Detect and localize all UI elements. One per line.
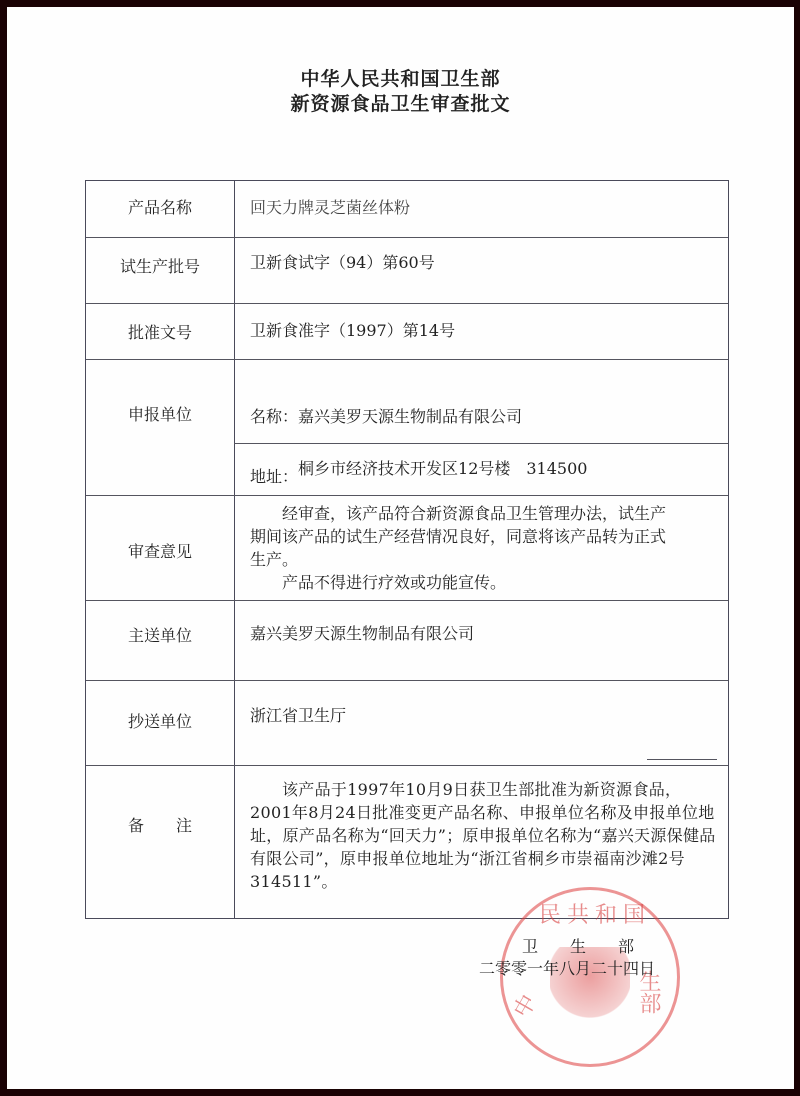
applicant-name: 名称：嘉兴美罗天源生物制品有限公司 bbox=[250, 404, 718, 427]
primary-recipient-value: 嘉兴美罗天源生物制品有限公司 bbox=[250, 621, 718, 644]
applicant-address-value: 桐乡市经济技术开发区12号楼 314500 bbox=[298, 459, 587, 478]
review-opinion-text: 经审查，该产品符合新资源食品卫生管理办法，试生产期间该产品的试生产经营情况良好，… bbox=[250, 502, 680, 594]
cc-recipient-value: 浙江省卫生厅 bbox=[250, 703, 718, 726]
applicant-address-label: 地址： bbox=[250, 467, 298, 486]
scan-line-artifact bbox=[647, 759, 717, 760]
applicant-label: 申报单位 bbox=[86, 402, 234, 425]
row-applicant: 申报单位 名称：嘉兴美罗天源生物制品有限公司 地址：桐乡市经济技术开发区12号楼… bbox=[86, 359, 728, 495]
primary-recipient-label: 主送单位 bbox=[86, 623, 234, 646]
issuer-name: 卫 生 部 bbox=[522, 934, 634, 957]
seal-text-top: 民共和国 bbox=[539, 898, 651, 929]
review-opinion-label: 审查意见 bbox=[86, 539, 234, 562]
approval-table: 产品名称 回天力牌灵芝菌丝体粉 试生产批号 卫新食试字（94）第60号 批准文号… bbox=[85, 180, 729, 919]
trial-batch-no-value: 卫新食试字（94）第60号 bbox=[250, 250, 718, 273]
remarks-text: 该产品于1997年10月9日获卫生部批准为新资源食品，2001年8月24日批准变… bbox=[250, 778, 720, 893]
seal-text-left: 中 bbox=[505, 988, 543, 1023]
applicant-sub-divider bbox=[234, 443, 728, 444]
approval-no-label: 批准文号 bbox=[86, 320, 234, 343]
approval-no-value: 卫新食准字（1997）第14号 bbox=[250, 318, 718, 341]
document-title: 新资源食品卫生审查批文 bbox=[7, 89, 794, 116]
review-opinion-paragraph-2: 产品不得进行疗效或功能宣传。 bbox=[250, 571, 680, 594]
row-review-opinion: 审查意见 经审查，该产品符合新资源食品卫生管理办法，试生产期间该产品的试生产经营… bbox=[86, 495, 728, 600]
remarks-label: 备 注 bbox=[86, 813, 234, 836]
row-primary-recipient: 主送单位 嘉兴美罗天源生物制品有限公司 bbox=[86, 600, 728, 680]
applicant-name-label: 名称： bbox=[250, 407, 298, 426]
review-opinion-paragraph-1: 经审查，该产品符合新资源食品卫生管理办法，试生产期间该产品的试生产经营情况良好，… bbox=[250, 502, 680, 571]
issuing-authority-title: 中华人民共和国卫生部 bbox=[7, 64, 794, 91]
row-cc-recipient: 抄送单位 浙江省卫生厅 bbox=[86, 680, 728, 765]
row-approval-no: 批准文号 卫新食准字（1997）第14号 bbox=[86, 303, 728, 359]
applicant-address: 地址：桐乡市经济技术开发区12号楼 314500 bbox=[250, 456, 718, 479]
product-name-value: 回天力牌灵芝菌丝体粉 bbox=[250, 195, 718, 218]
row-trial-batch-no: 试生产批号 卫新食试字（94）第60号 bbox=[86, 237, 728, 303]
issue-date: 二零零一年八月二十四日 bbox=[479, 956, 655, 979]
cc-recipient-label: 抄送单位 bbox=[86, 709, 234, 732]
trial-batch-no-label: 试生产批号 bbox=[86, 254, 234, 277]
applicant-name-value: 嘉兴美罗天源生物制品有限公司 bbox=[298, 407, 522, 426]
row-product-name: 产品名称 回天力牌灵芝菌丝体粉 bbox=[86, 181, 728, 237]
document-page: 中华人民共和国卫生部 新资源食品卫生审查批文 产品名称 回天力牌灵芝菌丝体粉 试… bbox=[7, 7, 794, 1089]
product-name-label: 产品名称 bbox=[86, 195, 234, 218]
